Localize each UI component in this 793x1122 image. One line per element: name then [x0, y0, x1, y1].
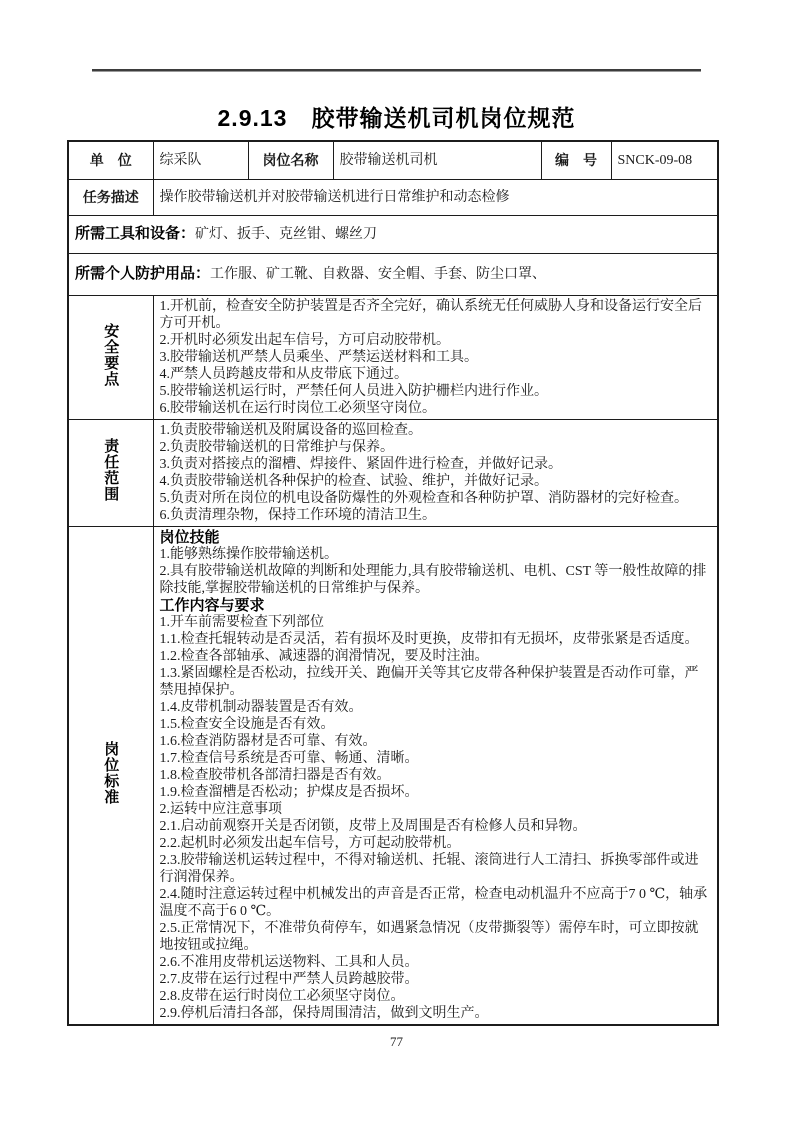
- table-row-task: 任务描述 操作胶带输送机并对胶带输送机进行日常维护和动态检修: [68, 179, 718, 215]
- list-item: 1.负责胶带输送机及附属设备的巡回检查。: [160, 422, 712, 439]
- list-item: 4.负责胶带输送机各种保护的检查、试验、维护，并做好记录。: [160, 473, 712, 490]
- standard-label-cell: 岗位标准: [68, 526, 153, 1025]
- list-item: 2.开机时必须发出起车信号，方可启动胶带机。: [160, 332, 712, 349]
- header-rule: [92, 69, 701, 72]
- list-item: 6.胶带输送机在运行时岗位工必须坚守岗位。: [160, 400, 712, 417]
- table-row-safety: 安全要点 1.开机前，检查安全防护装置是否齐全完好，确认系统无任何威胁人身和设备…: [68, 295, 718, 419]
- list-item: 1.开车前需要检查下列部位: [160, 614, 712, 631]
- responsibility-label-cell: 责任范围: [68, 419, 153, 526]
- list-item: 1.5.检查安全设施是否有效。: [160, 716, 712, 733]
- list-item: 5.胶带输送机运行时，严禁任何人员进入防护栅栏内进行作业。: [160, 383, 712, 400]
- list-item: 1.7.检查信号系统是否可靠、畅通、清晰。: [160, 750, 712, 767]
- tools-value: 矿灯、扳手、克丝钳、螺丝刀: [195, 227, 377, 242]
- list-item: 2.9.停机后清扫各部，保持周围清洁，做到文明生产。: [160, 1005, 712, 1022]
- ppe-value: 工作服、矿工靴、自救器、安全帽、手套、防尘口罩、: [210, 267, 546, 282]
- list-item: 1.开机前，检查安全防护装置是否齐全完好，确认系统无任何威胁人身和设备运行安全后…: [160, 298, 712, 332]
- document-page: 2.9.13 胶带输送机司机岗位规范 单 位 综采队 岗位名称 胶带输送机司机 …: [0, 0, 793, 1122]
- table-row-standard: 岗位标准 岗位技能1.能够熟练操作胶带输送机。2.具有胶带输送机故障的判断和处理…: [68, 526, 718, 1025]
- tools-label: 所需工具和设备：: [75, 225, 195, 242]
- list-item: 1.4.皮带机制动器装置是否有效。: [160, 699, 712, 716]
- unit-label: 单 位: [68, 141, 153, 179]
- ppe-label: 所需个人防护用品：: [75, 265, 210, 282]
- table-row-identity: 单 位 综采队 岗位名称 胶带输送机司机 编 号 SNCK-09-08: [68, 141, 718, 179]
- list-item: 2.运转中应注意事项: [160, 801, 712, 818]
- job-spec-table: 单 位 综采队 岗位名称 胶带输送机司机 编 号 SNCK-09-08 任务描述…: [67, 140, 719, 1026]
- responsibility-items: 1.负责胶带输送机及附属设备的巡回检查。2.负责胶带输送机的日常维护与保养。3.…: [153, 419, 718, 526]
- list-item: 2.5.正常情况下，不准带负荷停车，如遇紧急情况（皮带撕裂等）需停车时，可立即按…: [160, 920, 712, 954]
- table-row-responsibility: 责任范围 1.负责胶带输送机及附属设备的巡回检查。2.负责胶带输送机的日常维护与…: [68, 419, 718, 526]
- list-item: 工作内容与要求: [160, 597, 712, 614]
- code-value: SNCK-09-08: [611, 141, 718, 179]
- standard-section-label: 岗位标准: [102, 741, 119, 805]
- list-item: 1.3.紧固螺栓是否松动，拉线开关、跑偏开关等其它皮带各种保护装置是否动作可靠，…: [160, 665, 712, 699]
- page-number: 77: [0, 1034, 793, 1050]
- safety-items: 1.开机前，检查安全防护装置是否齐全完好，确认系统无任何威胁人身和设备运行安全后…: [153, 295, 718, 419]
- safety-section-label: 安全要点: [102, 323, 119, 387]
- list-item: 5.负责对所在岗位的机电设备防爆性的外观检查和各种防护罩、消防器材的完好检查。: [160, 490, 712, 507]
- list-item: 3.负责对搭接点的溜槽、焊接件、紧固件进行检查，并做好记录。: [160, 456, 712, 473]
- list-item: 1.能够熟练操作胶带输送机。: [160, 546, 712, 563]
- list-item: 3.胶带输送机严禁人员乘坐、严禁运送材料和工具。: [160, 349, 712, 366]
- list-item: 1.9.检查溜槽是否松动；护煤皮是否损坏。: [160, 784, 712, 801]
- position-name-label: 岗位名称: [248, 141, 333, 179]
- list-item: 2.具有胶带输送机故障的判断和处理能力,具有胶带输送机、电机、CST 等一般性故…: [160, 563, 712, 597]
- table-row-tools: 所需工具和设备：矿灯、扳手、克丝钳、螺丝刀: [68, 215, 718, 253]
- list-item: 4.严禁人员跨越皮带和从皮带底下通过。: [160, 366, 712, 383]
- task-value: 操作胶带输送机并对胶带输送机进行日常维护和动态检修: [153, 179, 718, 215]
- list-item: 6.负责清理杂物，保持工作环境的清洁卫生。: [160, 507, 712, 524]
- list-item: 2.7.皮带在运行过程中严禁人员跨越胶带。: [160, 971, 712, 988]
- code-label: 编 号: [541, 141, 611, 179]
- list-item: 2.1.启动前观察开关是否闭锁，皮带上及周围是否有检修人员和异物。: [160, 818, 712, 835]
- task-label: 任务描述: [68, 179, 153, 215]
- tools-cell: 所需工具和设备：矿灯、扳手、克丝钳、螺丝刀: [68, 215, 718, 253]
- responsibility-section-label: 责任范围: [102, 438, 119, 502]
- safety-label-cell: 安全要点: [68, 295, 153, 419]
- unit-value: 综采队: [153, 141, 248, 179]
- page-title: 2.9.13 胶带输送机司机岗位规范: [0, 100, 793, 133]
- table-row-ppe: 所需个人防护用品：工作服、矿工靴、自救器、安全帽、手套、防尘口罩、: [68, 253, 718, 295]
- list-item: 2.6.不准用皮带机运送物料、工具和人员。: [160, 954, 712, 971]
- list-item: 2.8.皮带在运行时岗位工必须坚守岗位。: [160, 988, 712, 1005]
- ppe-cell: 所需个人防护用品：工作服、矿工靴、自救器、安全帽、手套、防尘口罩、: [68, 253, 718, 295]
- list-item: 2.4.随时注意运转过程中机械发出的声音是否正常，检查电动机温升不应高于7 0 …: [160, 886, 712, 920]
- list-item: 1.1.检查托辊转动是否灵活，若有损坏及时更换，皮带扣有无损坏，皮带张紧是否适度…: [160, 631, 712, 648]
- position-name-value: 胶带输送机司机: [333, 141, 541, 179]
- list-item: 2.3.胶带输送机运转过程中，不得对输送机、托辊、滚筒进行人工清扫、拆换零部件或…: [160, 852, 712, 886]
- list-item: 2.负责胶带输送机的日常维护与保养。: [160, 439, 712, 456]
- list-item: 1.2.检查各部轴承、减速器的润滑情况，要及时注油。: [160, 648, 712, 665]
- standard-items: 岗位技能1.能够熟练操作胶带输送机。2.具有胶带输送机故障的判断和处理能力,具有…: [153, 526, 718, 1025]
- list-item: 1.6.检查消防器材是否可靠、有效。: [160, 733, 712, 750]
- list-item: 1.8.检查胶带机各部清扫器是否有效。: [160, 767, 712, 784]
- list-item: 2.2.起机时必须发出起车信号，方可起动胶带机。: [160, 835, 712, 852]
- list-item: 岗位技能: [160, 529, 712, 546]
